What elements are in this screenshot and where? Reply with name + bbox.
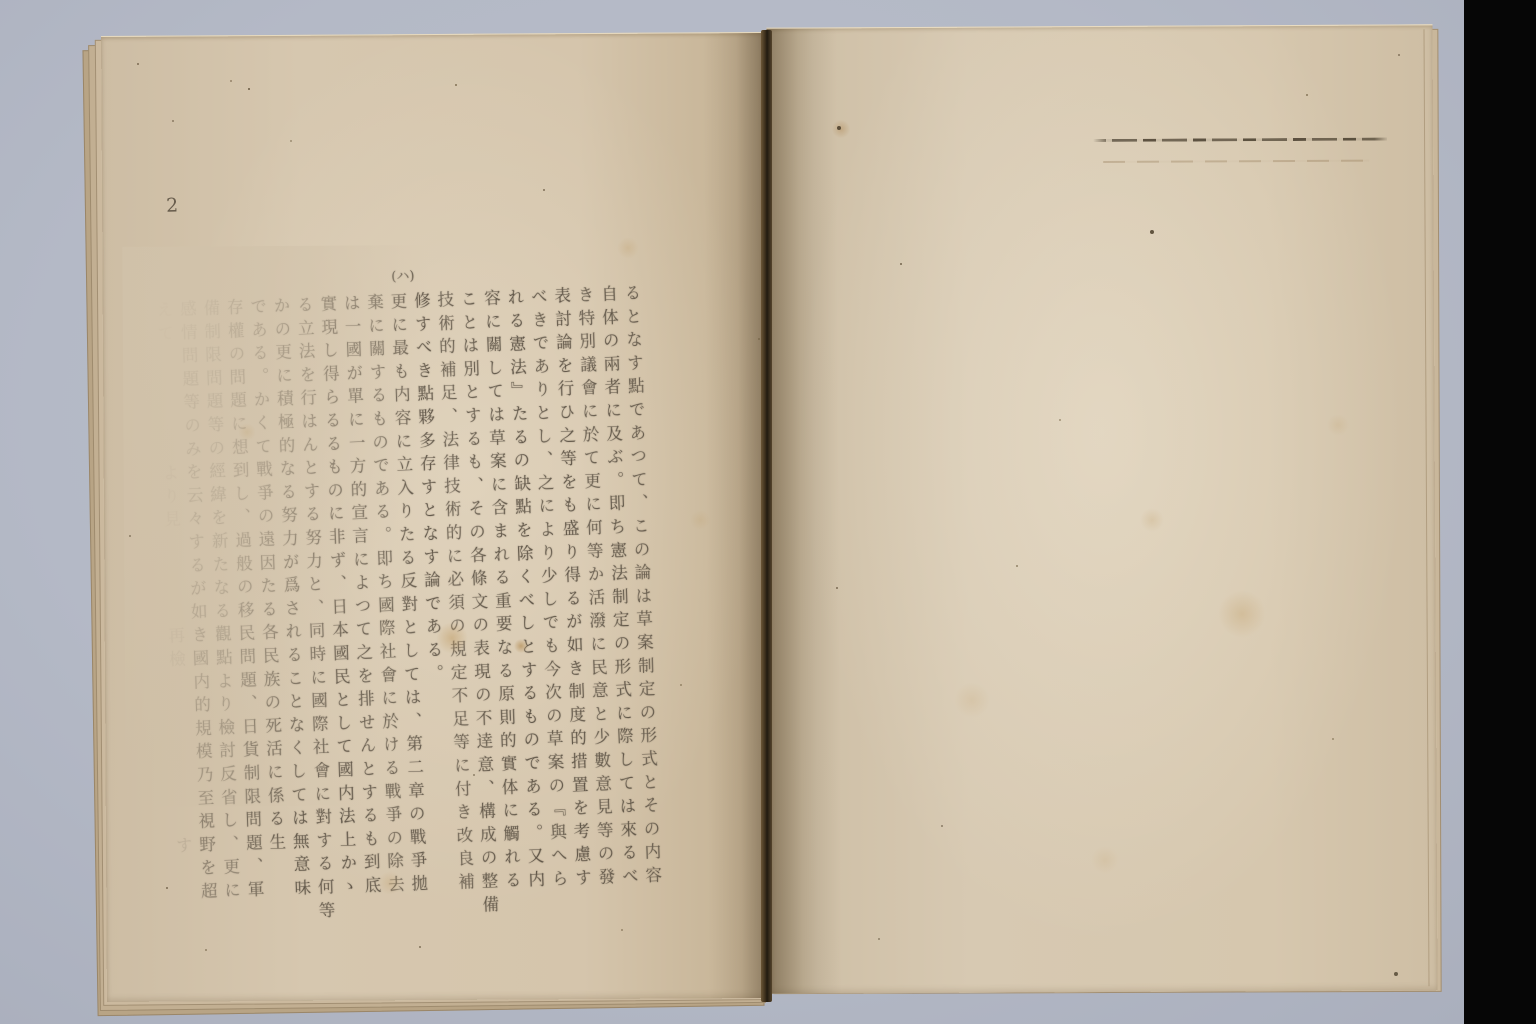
show-through-line [1103, 160, 1369, 163]
left-page: 2 (ハ) るとなす點であつて、この論は草案制定の形式とその内容自体の兩者に及ぶ… [101, 32, 769, 1002]
paper-specks [0, 0, 2, 2]
binding-gutter [761, 30, 772, 1002]
page-number: 2 [166, 194, 179, 216]
show-through-line [1093, 137, 1389, 142]
scanner-edge [1464, 0, 1536, 1024]
vertical-text-block: (ハ) るとなす點であつて、この論は草案制定の形式とその内容自体の兩者に及ぶ。即… [149, 284, 665, 935]
right-page [766, 24, 1437, 993]
book-spread-photo: 2 (ハ) るとなす點であつて、この論は草案制定の形式とその内容自体の兩者に及ぶ… [0, 0, 1536, 1024]
section-marker: (ハ) [391, 265, 415, 289]
